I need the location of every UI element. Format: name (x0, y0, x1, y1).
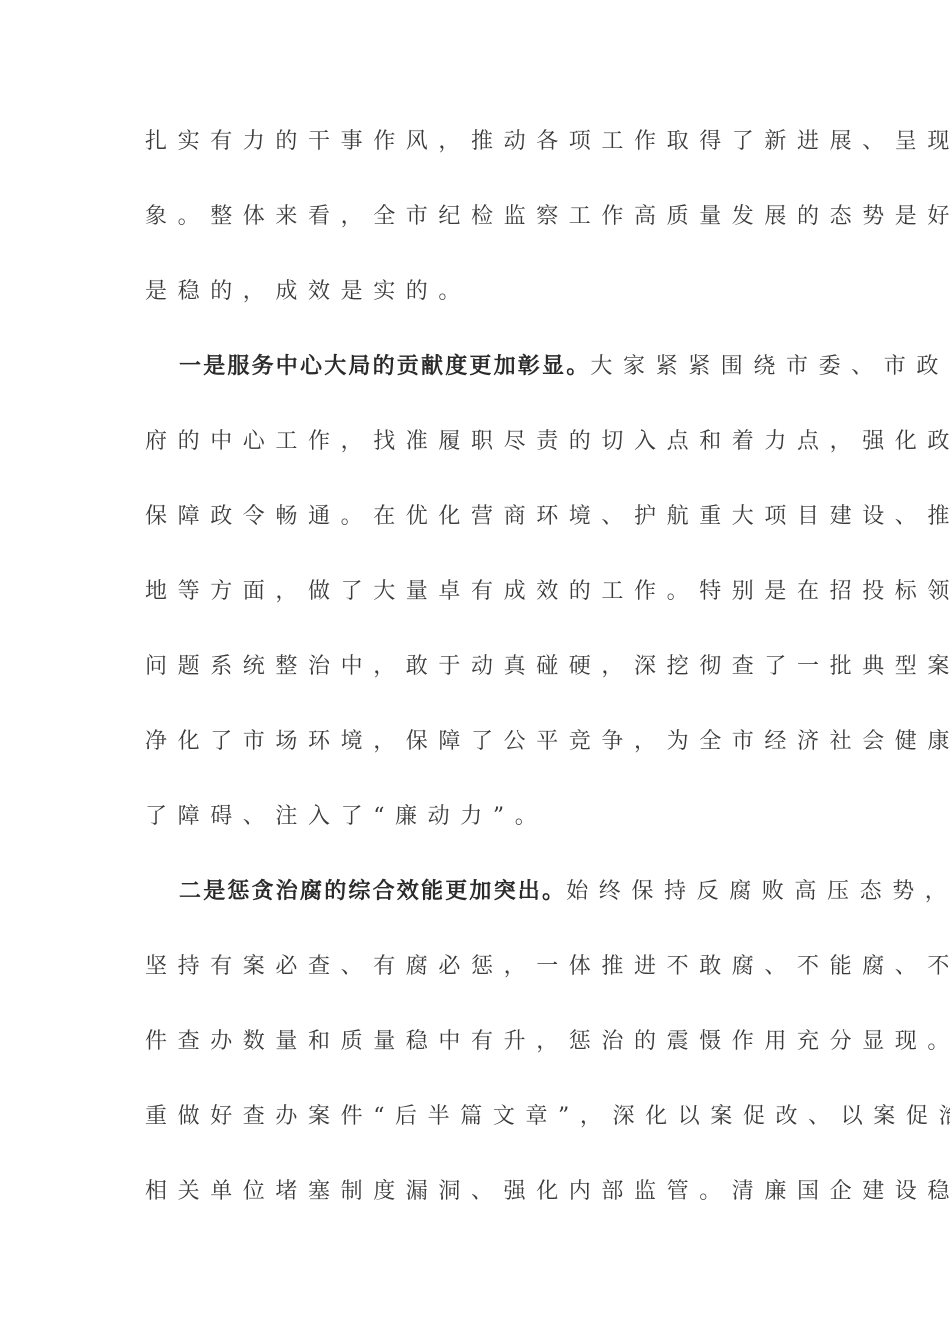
text-line: 了障碍、注入了“廉动力”。 (145, 800, 807, 875)
paragraph-point-two: 二是惩贪治腐的综合效能更加突出。始终保持反腐败高压态势， 坚持有案必查、有腐必惩… (145, 875, 807, 1250)
text-line: 保障政令畅通。在优化营商环境、护航重大项目建设、推动政策落 (145, 500, 807, 575)
document-page: 扎实有力的干事作风，推动各项工作取得了新进展、呈现出新气 象。整体来看，全市纪检… (145, 125, 807, 1250)
point-heading: 一是服务中心大局的贡献度更加彰显。 (179, 354, 590, 379)
text-line: 府的中心工作，找准履职尽责的切入点和着力点，强化政治监督， (145, 425, 807, 500)
text-line: 净化了市场环境，保障了公平竞争，为全市经济社会健康发展清除 (145, 725, 807, 800)
paragraph-intro-tail: 扎实有力的干事作风，推动各项工作取得了新进展、呈现出新气 象。整体来看，全市纪检… (145, 125, 807, 350)
point-heading: 二是惩贪治腐的综合效能更加突出。 (179, 879, 566, 904)
text-line: 件查办数量和质量稳中有升，惩治的震慑作用充分显现。同时，注 (145, 1025, 807, 1100)
text-line: 象。整体来看，全市纪检监察工作高质量发展的态势是好的，基础 (145, 200, 807, 275)
text-line-with-heading: 一是服务中心大局的贡献度更加彰显。大家紧紧围绕市委、市政 (145, 350, 807, 425)
paragraph-point-one: 一是服务中心大局的贡献度更加彰显。大家紧紧围绕市委、市政 府的中心工作，找准履职… (145, 350, 807, 875)
text-line: 问题系统整治中，敢于动真碰硬，深挖彻查了一批典型案件，有效 (145, 650, 807, 725)
text-line: 重做好查办案件“后半篇文章”，深化以案促改、以案促治，推动 (145, 1100, 807, 1175)
text-line: 地等方面，做了大量卓有成效的工作。特别是在招投标领域的突出 (145, 575, 807, 650)
text-run: 大家紧紧围绕市委、市政 (590, 354, 949, 379)
text-run: 始终保持反腐败高压态势， (566, 879, 950, 904)
text-line-with-heading: 二是惩贪治腐的综合效能更加突出。始终保持反腐败高压态势， (145, 875, 807, 950)
text-line: 扎实有力的干事作风，推动各项工作取得了新进展、呈现出新气 (145, 125, 807, 200)
text-line: 相关单位堵塞制度漏洞、强化内部监管。清廉国企建设稳步推进， (145, 1175, 807, 1250)
text-line: 是稳的，成效是实的。 (145, 275, 807, 350)
text-line: 坚持有案必查、有腐必惩，一体推进不敢腐、不能腐、不想腐。案 (145, 950, 807, 1025)
